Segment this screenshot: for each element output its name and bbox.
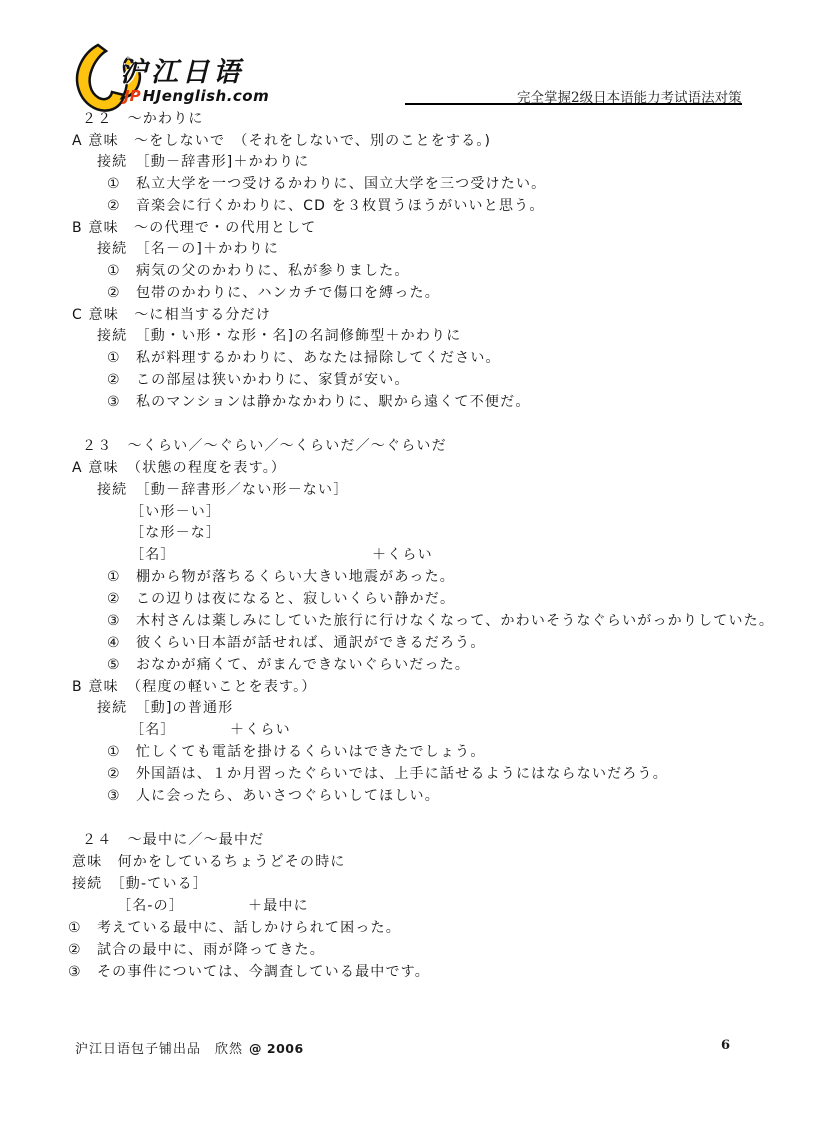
doc-line-text: C 意味 ～に相当する分だけ xyxy=(72,307,271,323)
footer-credit: @ 2006 xyxy=(249,1041,304,1056)
document-body: ２２ ～かわりにA 意味 ～をしないで （それをしないで、別のことをする。)接続… xyxy=(0,0,816,1123)
doc-line-text: ① 私が料理するかわりに、あなたは掃除してください。 xyxy=(107,350,501,366)
doc-line-text: A 意味 （状態の程度を表す。） xyxy=(72,460,286,476)
connection-line: ［名］＋くらい xyxy=(130,721,176,740)
meaning-line: B 意味 （程度の軽いことを表す。） xyxy=(72,678,317,697)
example-item: ③ 人に会ったら、あいさつぐらいしてほしい。 xyxy=(107,787,440,806)
doc-line-text: B 意味 （程度の軽いことを表す。） xyxy=(72,679,317,695)
doc-line-text: 接続 ［動・い形・な形・名]の名詞修飾型＋かわりに xyxy=(97,328,461,344)
example-item: ① 棚から物が落ちるくらい大きい地震があった。 xyxy=(107,568,455,587)
doc-line-text: ② 包帯のかわりに、ハンカチで傷口を縛った。 xyxy=(107,285,440,301)
doc-line-text: ２２ ～かわりに xyxy=(82,111,204,127)
doc-line-text: ② この部屋は狭いかわりに、家賃が安い。 xyxy=(107,372,410,388)
doc-line-text: ⑤ おなかが痛くて、がまんできないぐらいだった。 xyxy=(107,657,470,673)
meaning-line: A 意味 ～をしないで （それをしないで、別のことをする。) xyxy=(72,132,491,151)
connection-line: ［な形－な］ xyxy=(130,524,221,543)
doc-line-text: ［な形－な］ xyxy=(130,525,221,541)
footer-publisher: 沪江日语包子铺出品 欣然@ 2006 xyxy=(75,1038,304,1057)
meaning-line: B 意味 ～の代理で・の代用として xyxy=(72,219,316,238)
section-24-heading: ２４ ～最中に／～最中だ xyxy=(82,831,264,850)
meaning-line: A 意味 （状態の程度を表す。） xyxy=(72,459,286,478)
example-item: ① 私が料理するかわりに、あなたは掃除してください。 xyxy=(107,349,501,368)
connection-line: ［名］＋くらい xyxy=(130,546,176,565)
example-item: ⑤ おなかが痛くて、がまんできないぐらいだった。 xyxy=(107,656,470,675)
doc-line-text: ② 外国語は、１か月習ったぐらいでは、上手に話せるようにはならないだろう。 xyxy=(107,766,668,782)
example-item: ③ その事件については、今調査している最中です。 xyxy=(68,963,430,982)
example-item: ① 私立大学を一つ受けるかわりに、国立大学を三つ受けたい。 xyxy=(107,175,546,194)
doc-line-text: ［い形－い］ xyxy=(130,504,221,520)
connection-line: 接続 ［名－の]＋かわりに xyxy=(97,240,279,259)
doc-line-text: ［名］ xyxy=(130,547,176,563)
doc-line-text: B 意味 ～の代理で・の代用として xyxy=(72,220,316,236)
doc-line-text: ② 試合の最中に、雨が降ってきた。 xyxy=(68,942,325,958)
example-item: ② 外国語は、１か月習ったぐらいでは、上手に話せるようにはならないだろう。 xyxy=(107,765,668,784)
footer-publisher-text: 沪江日语包子铺出品 欣然 xyxy=(75,1042,243,1057)
doc-line-text: 意味 何かをしているちょうどその時に xyxy=(72,854,346,870)
doc-line-text: ［名］ xyxy=(130,722,176,738)
connection-line: ［名-の］＋最中に xyxy=(117,897,184,916)
example-item: ② 音楽会に行くかわりに、CD を３枚買うほうがいいと思う。 xyxy=(107,197,545,216)
doc-line-text: ① 病気の父のかわりに、私が参りました。 xyxy=(107,263,410,279)
doc-line-text: ③ 私のマンションは静かなかわりに、駅から遠くて不便だ。 xyxy=(107,394,531,410)
connection-line: ［い形－い］ xyxy=(130,503,221,522)
doc-line-text: ② 音楽会に行くかわりに、CD を３枚買うほうがいいと思う。 xyxy=(107,198,545,214)
doc-line-text: 接続 ［名－の]＋かわりに xyxy=(97,241,279,257)
example-item: ① 病気の父のかわりに、私が参りました。 xyxy=(107,262,410,281)
doc-line-text: ② この辺りは夜になると、寂しいくらい静かだ。 xyxy=(107,591,455,607)
doc-line-text: 接続 ［動－辞書形]＋かわりに xyxy=(97,154,309,170)
connection-line: 接続 ［動-ている］ xyxy=(72,875,208,894)
doc-line-text: 接続 ［動]の普通形 xyxy=(97,700,233,716)
document-page: 沪江日语 JPHJenglish.com 完全掌握2级日本语能力考试语法对策 ２… xyxy=(0,0,816,1123)
doc-line-text: ① 棚から物が落ちるくらい大きい地震があった。 xyxy=(107,569,455,585)
doc-line-text: A 意味 ～をしないで （それをしないで、別のことをする。) xyxy=(72,133,491,149)
doc-line-text: ［名-の］ xyxy=(117,898,184,914)
connection-line: 接続 ［動－辞書形／ない形－ない］ xyxy=(97,481,348,500)
doc-line-text: 接続 ［動－辞書形／ない形－ない］ xyxy=(97,482,348,498)
meaning-line: C 意味 ～に相当する分だけ xyxy=(72,306,271,325)
doc-line-suffix: ＋最中に xyxy=(248,897,309,916)
connection-line: 接続 ［動・い形・な形・名]の名詞修飾型＋かわりに xyxy=(97,327,461,346)
doc-line-text: ２３ ～くらい／～ぐらい／～くらいだ／～ぐらいだ xyxy=(82,438,447,454)
doc-line-text: 接続 ［動-ている］ xyxy=(72,876,208,892)
example-item: ② 試合の最中に、雨が降ってきた。 xyxy=(68,941,325,960)
doc-line-text: ③ 人に会ったら、あいさつぐらいしてほしい。 xyxy=(107,788,440,804)
example-item: ② この辺りは夜になると、寂しいくらい静かだ。 xyxy=(107,590,455,609)
connection-line: 接続 ［動]の普通形 xyxy=(97,699,233,718)
example-item: ② 包帯のかわりに、ハンカチで傷口を縛った。 xyxy=(107,284,440,303)
doc-line-suffix: ＋くらい xyxy=(372,546,433,565)
example-item: ③ 木村さんは薬しみにしていた旅行に行けなくなって、かわいそうなぐらいがっかりし… xyxy=(107,612,774,631)
doc-line-text: ① 私立大学を一つ受けるかわりに、国立大学を三つ受けたい。 xyxy=(107,176,546,192)
meaning-line: 意味 何かをしているちょうどその時に xyxy=(72,853,346,872)
doc-line-text: ① 考えている最中に、話しかけられて困った。 xyxy=(68,920,401,936)
example-item: ① 考えている最中に、話しかけられて困った。 xyxy=(68,919,401,938)
doc-line-text: ２４ ～最中に／～最中だ xyxy=(82,832,264,848)
example-item: ④ 彼くらい日本語が話せれば、通訳ができるだろう。 xyxy=(107,634,486,653)
section-23-heading: ２３ ～くらい／～ぐらい／～くらいだ／～ぐらいだ xyxy=(82,437,447,456)
example-item: ③ 私のマンションは静かなかわりに、駅から遠くて不便だ。 xyxy=(107,393,531,412)
doc-line-text: ③ その事件については、今調査している最中です。 xyxy=(68,964,430,980)
section-22-heading: ２２ ～かわりに xyxy=(82,110,204,129)
doc-line-text: ① 忙しくても電話を掛けるくらいはできたでしょう。 xyxy=(107,744,486,760)
doc-line-text: ④ 彼くらい日本語が話せれば、通訳ができるだろう。 xyxy=(107,635,486,651)
example-item: ① 忙しくても電話を掛けるくらいはできたでしょう。 xyxy=(107,743,486,762)
page-number: 6 xyxy=(721,1038,730,1053)
example-item: ② この部屋は狭いかわりに、家賃が安い。 xyxy=(107,371,410,390)
doc-line-suffix: ＋くらい xyxy=(230,721,291,740)
connection-line: 接続 ［動－辞書形]＋かわりに xyxy=(97,153,309,172)
doc-line-text: ③ 木村さんは薬しみにしていた旅行に行けなくなって、かわいそうなぐらいがっかりし… xyxy=(107,613,774,629)
